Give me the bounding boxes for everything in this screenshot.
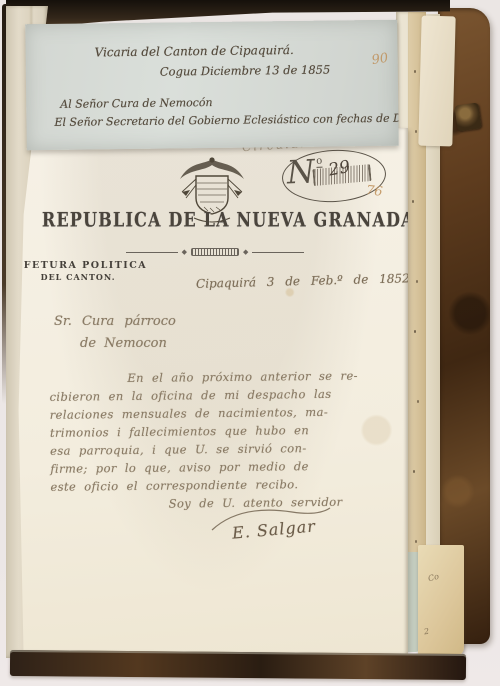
torn-paper-tab [418,16,455,147]
handwritten-dateline: Cipaquirá 3 de Feb.º de 1852. [196,271,408,291]
tan-page-edge-bottom: Co 2 [418,545,464,657]
letterhead-title: REPUBLICA DE LA NUEVA GRANADA. [42,208,372,232]
note-heading: Vicaria del Canton de Cipaquirá. [95,43,294,59]
pencil-folio-90: 90 [371,51,390,68]
number-sign: N [286,152,316,191]
salutation-line2: de Nemocon [80,336,167,351]
brass-clasp-remnant [454,102,481,131]
office-line1: JEFETURA POLITICA [14,260,147,271]
divider-line [126,252,178,253]
office-line2: DEL CANTON. [14,272,147,282]
salutation-line1: Sr. Cura párroco [54,314,176,329]
note-addressee: Al Señor Cura de Nemocón [60,96,213,111]
number-superscript: o [316,156,323,168]
ink-bleed-specks [414,70,416,73]
overlay-note-paper: Vicaria del Canton de Cipaquirá. Cogua D… [25,20,399,151]
body-line: En el año próximo anterior se re- [49,366,397,388]
divider-center-ornament [191,248,239,256]
office-stamp: JEFETURA POLITICA DEL CANTON. [14,260,147,282]
letter-page: Circular N o 29 76 REPUBLICA DE LA NUEVA… [14,128,408,658]
book-bottom-dark-edge [10,650,466,680]
pencil-folio-76: 76 [365,183,383,200]
divider-line [252,252,304,253]
edge-ink-mark: 2 [423,627,429,637]
edge-ink-mark: Co [427,572,440,584]
diamond-ornament-icon: ◆ [243,249,248,256]
note-reference-line: El Señor Secretario del Gobierno Eclesiá… [54,111,398,128]
diamond-ornament-icon: ◆ [182,249,187,256]
number-value: 29 [327,157,352,181]
note-dateline: Cogua Diciembre 13 de 1855 [160,63,331,79]
archival-letter-photo: Co 2 Circular N o 29 76 REPUBLICA DE LA … [0,0,500,686]
ornamental-divider: ◆ ◆ [126,248,304,256]
letter-body: En el año próximo anterior se re- cibier… [49,366,398,514]
